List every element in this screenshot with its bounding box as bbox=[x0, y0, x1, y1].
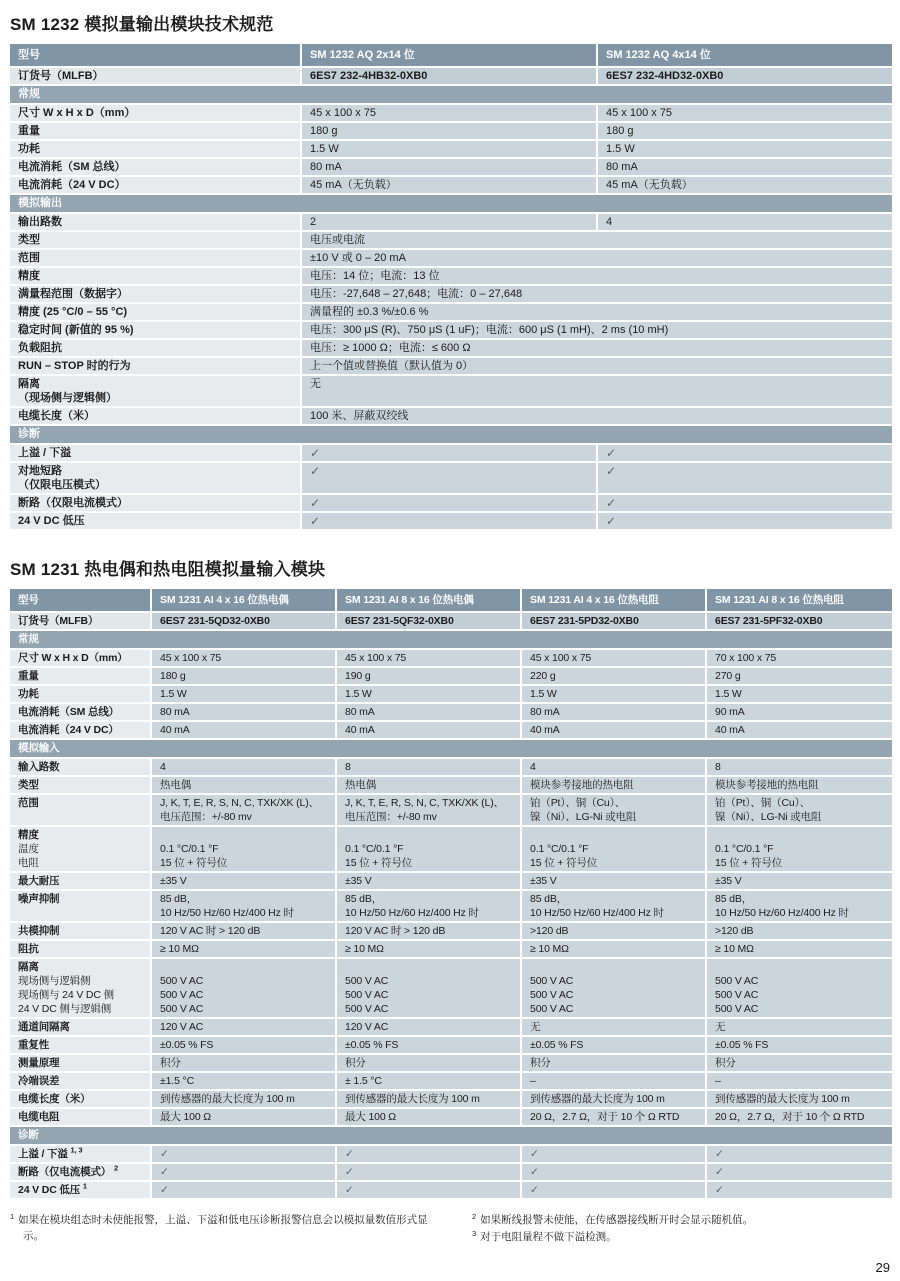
value-cell: 6ES7 231-5QF32-0XB0 bbox=[337, 613, 522, 629]
value-cell: 45 mA（无负载） bbox=[302, 177, 598, 193]
value-line: 0.1 °C/0.1 °F bbox=[160, 842, 327, 856]
row-label: 24 V DC 低压 bbox=[10, 513, 302, 529]
row-label-text: 测量原理 bbox=[18, 1057, 59, 1069]
value-cell: 20 Ω，2.7 Ω，对于 10 个 Ω RTD bbox=[707, 1109, 892, 1125]
value-cell: 85 dB，10 Hz/50 Hz/60 Hz/400 Hz 时 bbox=[707, 891, 892, 921]
row-label: 尺寸 W x H x D（mm） bbox=[10, 650, 152, 666]
value-cell: 40 mA bbox=[522, 722, 707, 738]
row-label-text: 输出路数 bbox=[18, 216, 62, 228]
value-cell: 85 dB，10 Hz/50 Hz/60 Hz/400 Hz 时 bbox=[522, 891, 707, 921]
row-label: 最大耐压 bbox=[10, 873, 152, 889]
table-row: 尺寸 W x H x D（mm）45 x 100 x 7545 x 100 x … bbox=[10, 650, 892, 668]
value-cell: 270 g bbox=[707, 668, 892, 684]
table-row: 稳定时间 (新值的 95 %)电压：300 μS (R)、750 μS (1 u… bbox=[10, 322, 892, 340]
value-cell: 80 mA bbox=[337, 704, 522, 720]
row-label: 精度 bbox=[10, 268, 302, 284]
value-cell: 6ES7 232-4HB32-0XB0 bbox=[302, 68, 598, 84]
value-cell: 120 V AC 时 > 120 dB bbox=[152, 923, 337, 939]
row-label-text: RUN – STOP 时的行为 bbox=[18, 360, 131, 372]
checkmark-icon: ✓ bbox=[302, 463, 598, 493]
table-row: 阻抗≥ 10 MΩ≥ 10 MΩ≥ 10 MΩ≥ 10 MΩ bbox=[10, 941, 892, 959]
row-label-text: 电流消耗（SM 总线） bbox=[18, 161, 126, 173]
value-cell: 45 x 100 x 75 bbox=[337, 650, 522, 666]
row-label: 共模抑制 bbox=[10, 923, 152, 939]
row-label-text: 断路（仅限电流模式） bbox=[18, 497, 128, 509]
row-label: 类型 bbox=[10, 232, 302, 248]
row-label-text: 范围 bbox=[18, 252, 40, 264]
table-row: 功耗1.5 W1.5 W bbox=[10, 141, 892, 159]
checkmark-icon: ✓ bbox=[707, 1182, 892, 1198]
value-line: 15 位 + 符号位 bbox=[160, 856, 327, 870]
value-line: 500 V AC bbox=[530, 988, 697, 1002]
row-label-text: 型号 bbox=[18, 49, 40, 61]
table-row: 最大耐压±35 V±35 V±35 V±35 V bbox=[10, 873, 892, 891]
page-number: 29 bbox=[10, 1260, 890, 1275]
value-cell: 1.5 W bbox=[522, 686, 707, 702]
section-label: 诊断 bbox=[10, 426, 892, 443]
value-line: 0.1 °C/0.1 °F bbox=[345, 842, 512, 856]
row-label-text: 电缆电阻 bbox=[18, 1111, 59, 1123]
table-row: 精度电压：14 位；电流：13 位 bbox=[10, 268, 892, 286]
value-cell: 电压：300 μS (R)、750 μS (1 uF)；电流：600 μS (1… bbox=[302, 322, 892, 338]
table-row: 电流消耗（SM 总线）80 mA80 mA bbox=[10, 159, 892, 177]
sm1232-table-title: SM 1232 模拟量输出模块技术规范 bbox=[10, 10, 892, 35]
value-cell: 1.5 W bbox=[598, 141, 892, 157]
value-line: 电压范围：+/-80 mv bbox=[160, 810, 327, 824]
value-line: 10 Hz/50 Hz/60 Hz/400 Hz 时 bbox=[160, 906, 327, 920]
value-cell: 电压：≥ 1000 Ω；电流：≤ 600 Ω bbox=[302, 340, 892, 356]
row-label-text: 断路（仅电流模式） bbox=[18, 1166, 111, 1178]
row-label-text: 电缆长度（米） bbox=[18, 410, 95, 422]
footnote-column-right: 2如果断线报警未使能，在传感器接线断开时会显示随机值。 3对于电阻量程不做下溢检… bbox=[472, 1212, 892, 1246]
row-label-text: 精度 bbox=[18, 270, 40, 282]
row-label: 阻抗 bbox=[10, 941, 152, 957]
table-row: 重量180 g190 g220 g270 g bbox=[10, 668, 892, 686]
value-cell: 积分 bbox=[522, 1055, 707, 1071]
row-label-text: 范围 bbox=[18, 797, 39, 809]
table-row: 精度温度电阻0.1 °C/0.1 °F15 位 + 符号位0.1 °C/0.1 … bbox=[10, 827, 892, 873]
row-label-text: 类型 bbox=[18, 234, 40, 246]
footnote-1: 1如果在模块组态时未使能报警，上溢、下溢和低电压诊断报警信息会以模拟量数值形式显… bbox=[10, 1212, 448, 1244]
row-label: 重复性 bbox=[10, 1037, 152, 1053]
column-header: SM 1231 AI 4 x 16 位热电偶 bbox=[152, 589, 337, 611]
row-label-line: 对地短路 bbox=[18, 464, 292, 478]
footnote-1-number: 1 bbox=[10, 1212, 14, 1221]
row-label-line: 电阻 bbox=[18, 856, 142, 870]
row-label-text: 上溢 / 下溢 bbox=[18, 447, 71, 459]
value-cell: 电压：-27,648 – 27,648；电流：0 – 27,648 bbox=[302, 286, 892, 302]
value-cell: – bbox=[522, 1073, 707, 1089]
row-label: 输入路数 bbox=[10, 759, 152, 775]
row-label: 重量 bbox=[10, 123, 302, 139]
value-cell: 8 bbox=[337, 759, 522, 775]
row-label-text: 输入路数 bbox=[18, 761, 59, 773]
column-header: SM 1232 AQ 4x14 位 bbox=[598, 44, 892, 66]
value-cell: 0.1 °C/0.1 °F15 位 + 符号位 bbox=[707, 827, 892, 871]
checkmark-icon: ✓ bbox=[302, 445, 598, 461]
value-cell: 180 g bbox=[598, 123, 892, 139]
table-row: 电流消耗（24 V DC）45 mA（无负载）45 mA（无负载） bbox=[10, 177, 892, 195]
section-label: 模拟输入 bbox=[10, 740, 892, 757]
row-label: 订货号（MLFB） bbox=[10, 68, 302, 84]
value-cell: 到传感器的最大长度为 100 m bbox=[707, 1091, 892, 1107]
checkmark-icon: ✓ bbox=[337, 1146, 522, 1162]
value-cell: 4 bbox=[152, 759, 337, 775]
value-cell: 4 bbox=[598, 214, 892, 230]
table-row: 类型电压或电流 bbox=[10, 232, 892, 250]
value-line bbox=[530, 960, 697, 974]
value-cell: ≥ 10 MΩ bbox=[337, 941, 522, 957]
value-cell: 无 bbox=[522, 1019, 707, 1035]
row-label: 冷端误差 bbox=[10, 1073, 152, 1089]
value-cell: 500 V AC500 V AC500 V AC bbox=[337, 959, 522, 1017]
value-line bbox=[715, 828, 884, 842]
row-label-text: 电流消耗（24 V DC） bbox=[18, 179, 126, 191]
row-label-text: 共模抑制 bbox=[18, 925, 59, 937]
value-cell: 500 V AC500 V AC500 V AC bbox=[707, 959, 892, 1017]
value-line: 镍（Ni）、LG-Ni 或电阻 bbox=[530, 810, 697, 824]
footnote-3: 3对于电阻量程不做下溢检测。 bbox=[472, 1229, 892, 1245]
value-line bbox=[345, 828, 512, 842]
row-label-text: 尺寸 W x H x D（mm） bbox=[18, 652, 128, 664]
table-row: 满量程范围（数据字）电压：-27,648 – 27,648；电流：0 – 27,… bbox=[10, 286, 892, 304]
row-label-line: 精度 bbox=[18, 828, 142, 842]
checkmark-icon: ✓ bbox=[522, 1146, 707, 1162]
value-cell: 到传感器的最大长度为 100 m bbox=[337, 1091, 522, 1107]
checkmark-icon: ✓ bbox=[598, 513, 892, 529]
value-cell: 120 V AC 时 > 120 dB bbox=[337, 923, 522, 939]
value-cell: 电压：14 位；电流：13 位 bbox=[302, 268, 892, 284]
row-label: 上溢 / 下溢 bbox=[10, 445, 302, 461]
table-row: 功耗1.5 W1.5 W1.5 W1.5 W bbox=[10, 686, 892, 704]
sm1232-spec-table: 型号SM 1232 AQ 2x14 位SM 1232 AQ 4x14 位订货号（… bbox=[10, 44, 892, 531]
row-label-text: 订货号（MLFB） bbox=[18, 615, 98, 627]
value-cell: 1.5 W bbox=[337, 686, 522, 702]
column-header-label: 型号 bbox=[10, 44, 302, 66]
table-row: 冷端误差±1.5 °C± 1.5 °C–– bbox=[10, 1073, 892, 1091]
value-line bbox=[160, 828, 327, 842]
row-label-text: 冷端误差 bbox=[18, 1075, 59, 1087]
value-cell: 20 Ω，2.7 Ω，对于 10 个 Ω RTD bbox=[522, 1109, 707, 1125]
checkmark-icon: ✓ bbox=[707, 1146, 892, 1162]
header-row: 型号SM 1231 AI 4 x 16 位热电偶SM 1231 AI 8 x 1… bbox=[10, 589, 892, 613]
row-label: 重量 bbox=[10, 668, 152, 684]
value-cell: 电压或电流 bbox=[302, 232, 892, 248]
section-row: 诊断 bbox=[10, 1127, 892, 1146]
value-line bbox=[530, 828, 697, 842]
value-cell: >120 dB bbox=[707, 923, 892, 939]
row-label: 订货号（MLFB） bbox=[10, 613, 152, 629]
value-cell: 模块参考接地的热电阻 bbox=[522, 777, 707, 793]
row-label-line: 现场侧与 24 V DC 侧 bbox=[18, 988, 142, 1002]
table-row: 共模抑制120 V AC 时 > 120 dB120 V AC 时 > 120 … bbox=[10, 923, 892, 941]
row-label: 输出路数 bbox=[10, 214, 302, 230]
value-cell: 最大 100 Ω bbox=[152, 1109, 337, 1125]
row-label-text: 通道间隔离 bbox=[18, 1021, 70, 1033]
table-row: 范围J, K, T, E, R, S, N, C, TXK/XK (L)、电压范… bbox=[10, 795, 892, 827]
value-line: 铂（Pt）、铜（Cu）、 bbox=[530, 796, 697, 810]
row-label: 电流消耗（SM 总线） bbox=[10, 159, 302, 175]
value-cell: 40 mA bbox=[337, 722, 522, 738]
row-label: 噪声抑制 bbox=[10, 891, 152, 921]
value-cell: 热电偶 bbox=[337, 777, 522, 793]
section-label: 模拟输出 bbox=[10, 195, 892, 212]
row-label: 电缆长度（米） bbox=[10, 408, 302, 424]
table-row: 精度 (25 °C/0 – 55 °C)满量程的 ±0.3 %/±0.6 % bbox=[10, 304, 892, 322]
row-label: 尺寸 W x H x D（mm） bbox=[10, 105, 302, 121]
value-cell: 6ES7 231-5PD32-0XB0 bbox=[522, 613, 707, 629]
section-label: 常规 bbox=[10, 631, 892, 648]
row-label: 精度温度电阻 bbox=[10, 827, 152, 871]
footnote-3-text: 对于电阻量程不做下溢检测。 bbox=[480, 1231, 617, 1243]
row-label-text: 重量 bbox=[18, 670, 39, 682]
table-row: 24 V DC 低压 1✓✓✓✓ bbox=[10, 1182, 892, 1200]
value-cell: ±35 V bbox=[707, 873, 892, 889]
value-cell: 45 x 100 x 75 bbox=[522, 650, 707, 666]
table-row: 范围±10 V 或 0 – 20 mA bbox=[10, 250, 892, 268]
value-cell: 120 V AC bbox=[152, 1019, 337, 1035]
value-cell: ±0.05 % FS bbox=[337, 1037, 522, 1053]
checkmark-icon: ✓ bbox=[598, 463, 892, 493]
checkmark-icon: ✓ bbox=[152, 1182, 337, 1198]
footnote-2-number: 2 bbox=[472, 1212, 476, 1221]
row-label: 功耗 bbox=[10, 141, 302, 157]
table-row: 24 V DC 低压✓✓ bbox=[10, 513, 892, 531]
row-label-text: 型号 bbox=[18, 594, 39, 606]
value-line: 500 V AC bbox=[530, 1002, 697, 1016]
value-cell: 1.5 W bbox=[707, 686, 892, 702]
row-label-text: 负载阻抗 bbox=[18, 342, 62, 354]
value-cell: ±1.5 °C bbox=[152, 1073, 337, 1089]
row-label-text: 最大耐压 bbox=[18, 875, 59, 887]
value-cell: 到传感器的最大长度为 100 m bbox=[152, 1091, 337, 1107]
checkmark-icon: ✓ bbox=[337, 1164, 522, 1180]
row-label: 电流消耗（SM 总线） bbox=[10, 704, 152, 720]
value-line: 电压范围：+/-80 mv bbox=[345, 810, 512, 824]
section-label: 诊断 bbox=[10, 1127, 892, 1144]
value-cell: 0.1 °C/0.1 °F15 位 + 符号位 bbox=[522, 827, 707, 871]
value-cell: 2 bbox=[302, 214, 598, 230]
row-label: 上溢 / 下溢 1, 3 bbox=[10, 1146, 152, 1162]
value-cell: ± 1.5 °C bbox=[337, 1073, 522, 1089]
table-row: 重量180 g180 g bbox=[10, 123, 892, 141]
checkmark-icon: ✓ bbox=[598, 495, 892, 511]
checkmark-icon: ✓ bbox=[337, 1182, 522, 1198]
value-cell: 45 x 100 x 75 bbox=[152, 650, 337, 666]
value-cell: 上一个值或替换值（默认值为 0） bbox=[302, 358, 892, 374]
row-label-line: 温度 bbox=[18, 842, 142, 856]
value-cell: ±35 V bbox=[337, 873, 522, 889]
checkmark-icon: ✓ bbox=[522, 1182, 707, 1198]
sm1231-spec-table: 型号SM 1231 AI 4 x 16 位热电偶SM 1231 AI 8 x 1… bbox=[10, 589, 892, 1200]
table-row: 负载阻抗电压：≥ 1000 Ω；电流：≤ 600 Ω bbox=[10, 340, 892, 358]
footnote-1-text: 如果在模块组态时未使能报警，上溢、下溢和低电压诊断报警信息会以模拟量数值形式显示… bbox=[18, 1214, 428, 1242]
table-row: 电流消耗（24 V DC）40 mA40 mA40 mA40 mA bbox=[10, 722, 892, 740]
checkmark-icon: ✓ bbox=[707, 1164, 892, 1180]
value-cell: 0.1 °C/0.1 °F15 位 + 符号位 bbox=[337, 827, 522, 871]
value-line: 85 dB， bbox=[345, 892, 512, 906]
value-line: 铂（Pt）、铜（Cu）、 bbox=[715, 796, 884, 810]
value-cell: 45 mA（无负载） bbox=[598, 177, 892, 193]
row-label-text: 电缆长度（米） bbox=[18, 1093, 90, 1105]
column-header-label: 型号 bbox=[10, 589, 152, 611]
row-label-text: 24 V DC 低压 bbox=[18, 1184, 80, 1196]
value-cell: 220 g bbox=[522, 668, 707, 684]
row-label-text: 功耗 bbox=[18, 143, 40, 155]
footnotes: 1如果在模块组态时未使能报警，上溢、下溢和低电压诊断报警信息会以模拟量数值形式显… bbox=[10, 1212, 892, 1246]
value-cell: ±0.05 % FS bbox=[152, 1037, 337, 1053]
row-label: 断路（仅电流模式） 2 bbox=[10, 1164, 152, 1180]
section-row: 模拟输入 bbox=[10, 740, 892, 759]
row-label-text: 噪声抑制 bbox=[18, 893, 59, 905]
row-label: RUN – STOP 时的行为 bbox=[10, 358, 302, 374]
row-label: 隔离现场侧与逻辑侧现场侧与 24 V DC 侧24 V DC 侧与逻辑侧 bbox=[10, 959, 152, 1017]
value-cell: ≥ 10 MΩ bbox=[707, 941, 892, 957]
value-line: 镍（Ni）、LG-Ni 或电阻 bbox=[715, 810, 884, 824]
value-line: 85 dB， bbox=[715, 892, 884, 906]
value-cell: 积分 bbox=[337, 1055, 522, 1071]
value-cell: 0.1 °C/0.1 °F15 位 + 符号位 bbox=[152, 827, 337, 871]
value-cell: 80 mA bbox=[302, 159, 598, 175]
footnote-2: 2如果断线报警未使能，在传感器接线断开时会显示随机值。 bbox=[472, 1212, 892, 1228]
row-label: 断路（仅限电流模式） bbox=[10, 495, 302, 511]
row-label-text: 电流消耗（SM 总线） bbox=[18, 706, 119, 718]
value-cell: ±0.05 % FS bbox=[522, 1037, 707, 1053]
value-cell: 80 mA bbox=[152, 704, 337, 720]
row-label-text: 24 V DC 低压 bbox=[18, 515, 85, 527]
section-label: 常规 bbox=[10, 86, 892, 103]
row-label: 满量程范围（数据字） bbox=[10, 286, 302, 302]
row-label: 电流消耗（24 V DC） bbox=[10, 177, 302, 193]
value-line: 0.1 °C/0.1 °F bbox=[715, 842, 884, 856]
column-header: SM 1231 AI 8 x 16 位热电偶 bbox=[337, 589, 522, 611]
row-label: 稳定时间 (新值的 95 %) bbox=[10, 322, 302, 338]
value-cell: ±10 V 或 0 – 20 mA bbox=[302, 250, 892, 266]
value-cell: J, K, T, E, R, S, N, C, TXK/XK (L)、电压范围：… bbox=[152, 795, 337, 825]
value-cell: – bbox=[707, 1073, 892, 1089]
value-line: J, K, T, E, R, S, N, C, TXK/XK (L)、 bbox=[160, 796, 327, 810]
value-line: 500 V AC bbox=[160, 974, 327, 988]
column-header: SM 1231 AI 8 x 16 位热电阻 bbox=[707, 589, 892, 611]
row-label-text: 阻抗 bbox=[18, 943, 39, 955]
header-row: 型号SM 1232 AQ 2x14 位SM 1232 AQ 4x14 位 bbox=[10, 44, 892, 68]
value-cell: 积分 bbox=[707, 1055, 892, 1071]
value-cell: 85 dB，10 Hz/50 Hz/60 Hz/400 Hz 时 bbox=[337, 891, 522, 921]
value-cell: 1.5 W bbox=[302, 141, 598, 157]
footnote-reference: 1, 3 bbox=[70, 1146, 82, 1155]
value-cell: 180 g bbox=[152, 668, 337, 684]
value-line: 500 V AC bbox=[160, 988, 327, 1002]
table-row: 电缆长度（米）100 米、屏蔽双绞线 bbox=[10, 408, 892, 426]
row-label: 通道间隔离 bbox=[10, 1019, 152, 1035]
value-cell: ±0.05 % FS bbox=[707, 1037, 892, 1053]
value-cell: ≥ 10 MΩ bbox=[152, 941, 337, 957]
value-cell: ±35 V bbox=[152, 873, 337, 889]
row-label-text: 重量 bbox=[18, 125, 40, 137]
value-line: 500 V AC bbox=[345, 1002, 512, 1016]
value-cell: 80 mA bbox=[598, 159, 892, 175]
row-label: 电缆长度（米） bbox=[10, 1091, 152, 1107]
value-cell: 40 mA bbox=[707, 722, 892, 738]
value-line: 500 V AC bbox=[345, 988, 512, 1002]
value-cell: 最大 100 Ω bbox=[337, 1109, 522, 1125]
value-line: 10 Hz/50 Hz/60 Hz/400 Hz 时 bbox=[715, 906, 884, 920]
value-cell: 4 bbox=[522, 759, 707, 775]
value-cell: 70 x 100 x 75 bbox=[707, 650, 892, 666]
value-cell: ≥ 10 MΩ bbox=[522, 941, 707, 957]
table-row: 隔离（现场侧与逻辑侧）无 bbox=[10, 376, 892, 408]
checkmark-icon: ✓ bbox=[152, 1164, 337, 1180]
checkmark-icon: ✓ bbox=[302, 513, 598, 529]
value-cell: 90 mA bbox=[707, 704, 892, 720]
value-line: 500 V AC bbox=[715, 1002, 884, 1016]
value-cell: >120 dB bbox=[522, 923, 707, 939]
table-row: 噪声抑制85 dB，10 Hz/50 Hz/60 Hz/400 Hz 时85 d… bbox=[10, 891, 892, 923]
row-label: 对地短路（仅限电压模式） bbox=[10, 463, 302, 493]
value-line: 500 V AC bbox=[345, 974, 512, 988]
value-line: 0.1 °C/0.1 °F bbox=[530, 842, 697, 856]
value-cell: 40 mA bbox=[152, 722, 337, 738]
checkmark-icon: ✓ bbox=[522, 1164, 707, 1180]
value-line: 500 V AC bbox=[160, 1002, 327, 1016]
value-cell: ±35 V bbox=[522, 873, 707, 889]
column-header: SM 1231 AI 4 x 16 位热电阻 bbox=[522, 589, 707, 611]
footnote-2-text: 如果断线报警未使能，在传感器接线断开时会显示随机值。 bbox=[480, 1214, 753, 1226]
table-row: 订货号（MLFB）6ES7 231-5QD32-0XB06ES7 231-5QF… bbox=[10, 613, 892, 631]
row-label-line: 隔离 bbox=[18, 377, 292, 391]
value-cell: 铂（Pt）、铜（Cu）、镍（Ni）、LG-Ni 或电阻 bbox=[522, 795, 707, 825]
page: SM 1232 模拟量输出模块技术规范 型号SM 1232 AQ 2x14 位S… bbox=[0, 0, 900, 1275]
row-label-text: 订货号（MLFB） bbox=[18, 70, 104, 82]
table-row: 电流消耗（SM 总线）80 mA80 mA80 mA90 mA bbox=[10, 704, 892, 722]
value-cell: 45 x 100 x 75 bbox=[598, 105, 892, 121]
value-cell: 6ES7 232-4HD32-0XB0 bbox=[598, 68, 892, 84]
table-row: RUN – STOP 时的行为上一个值或替换值（默认值为 0） bbox=[10, 358, 892, 376]
row-label-text: 电流消耗（24 V DC） bbox=[18, 724, 119, 736]
row-label: 范围 bbox=[10, 795, 152, 825]
row-label-line: 现场侧与逻辑侧 bbox=[18, 974, 142, 988]
table-row: 通道间隔离120 V AC120 V AC无无 bbox=[10, 1019, 892, 1037]
table-row: 电缆长度（米）到传感器的最大长度为 100 m到传感器的最大长度为 100 m到… bbox=[10, 1091, 892, 1109]
value-line: 500 V AC bbox=[715, 974, 884, 988]
value-cell: 500 V AC500 V AC500 V AC bbox=[522, 959, 707, 1017]
row-label-line: （现场侧与逻辑侧） bbox=[18, 391, 292, 405]
value-line: 10 Hz/50 Hz/60 Hz/400 Hz 时 bbox=[345, 906, 512, 920]
value-cell: 满量程的 ±0.3 %/±0.6 % bbox=[302, 304, 892, 320]
value-line: 500 V AC bbox=[715, 988, 884, 1002]
value-cell: 500 V AC500 V AC500 V AC bbox=[152, 959, 337, 1017]
row-label: 负载阻抗 bbox=[10, 340, 302, 356]
value-cell: 45 x 100 x 75 bbox=[302, 105, 598, 121]
table-row: 上溢 / 下溢✓✓ bbox=[10, 445, 892, 463]
value-cell: 积分 bbox=[152, 1055, 337, 1071]
value-cell: 100 米、屏蔽双绞线 bbox=[302, 408, 892, 424]
row-label-text: 精度 (25 °C/0 – 55 °C) bbox=[18, 306, 127, 318]
value-cell: 85 dB，10 Hz/50 Hz/60 Hz/400 Hz 时 bbox=[152, 891, 337, 921]
value-cell: 180 g bbox=[302, 123, 598, 139]
value-cell: 到传感器的最大长度为 100 m bbox=[522, 1091, 707, 1107]
table-row: 电缆电阻最大 100 Ω最大 100 Ω20 Ω，2.7 Ω，对于 10 个 Ω… bbox=[10, 1109, 892, 1127]
row-label: 精度 (25 °C/0 – 55 °C) bbox=[10, 304, 302, 320]
value-cell: 6ES7 231-5QD32-0XB0 bbox=[152, 613, 337, 629]
row-label: 电缆电阻 bbox=[10, 1109, 152, 1125]
row-label: 范围 bbox=[10, 250, 302, 266]
value-line: J, K, T, E, R, S, N, C, TXK/XK (L)、 bbox=[345, 796, 512, 810]
row-label-line: 24 V DC 侧与逻辑侧 bbox=[18, 1002, 142, 1016]
section-row: 常规 bbox=[10, 86, 892, 105]
row-label-line: 隔离 bbox=[18, 960, 142, 974]
table-row: 断路（仅限电流模式）✓✓ bbox=[10, 495, 892, 513]
